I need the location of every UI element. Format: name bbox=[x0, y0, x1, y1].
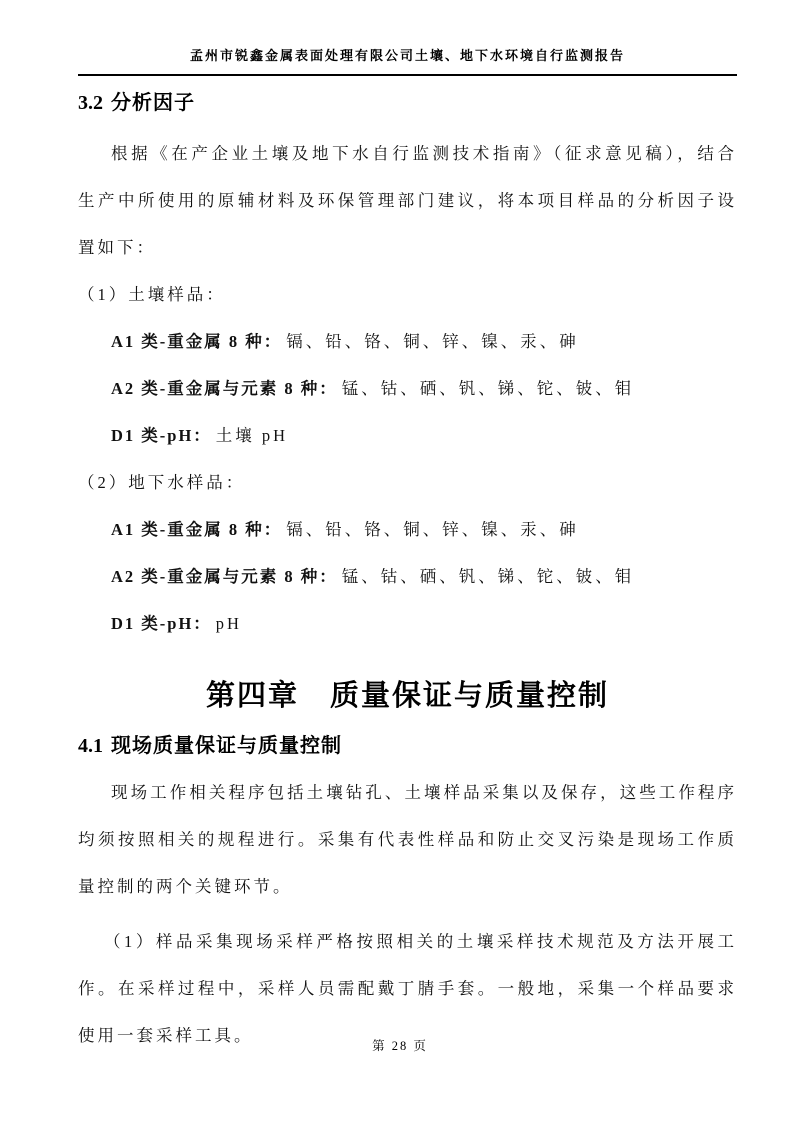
groundwater-item-a1-value: 镉、铅、铬、铜、锌、镍、汞、砷 bbox=[286, 520, 579, 539]
soil-sample-group-label: （1）土壤样品： bbox=[78, 271, 737, 318]
section-4-1-number: 4.1 bbox=[78, 735, 103, 757]
soil-item-d1-value: 土壤 pH bbox=[216, 426, 288, 445]
groundwater-sample-group-label: （2）地下水样品： bbox=[78, 459, 737, 506]
header-title: 孟州市锐鑫金属表面处理有限公司土壤、地下水环境自行监测报告 bbox=[78, 46, 737, 66]
soil-item-a1: A1 类-重金属 8 种：镉、铅、铬、铜、锌、镍、汞、砷 bbox=[111, 318, 737, 365]
groundwater-item-a2-value: 锰、钴、硒、钒、锑、铊、铍、钼 bbox=[342, 567, 635, 586]
document-page: 孟州市锐鑫金属表面处理有限公司土壤、地下水环境自行监测报告 3.2分析因子 根据… bbox=[0, 0, 800, 1133]
page-number: 第 28 页 bbox=[0, 1036, 800, 1056]
section-4-1-title: 现场质量保证与质量控制 bbox=[111, 735, 342, 757]
soil-item-a2: A2 类-重金属与元素 8 种：锰、钴、硒、钒、锑、铊、铍、钼 bbox=[111, 365, 737, 412]
groundwater-item-d1-value: pH bbox=[216, 614, 242, 633]
section-3-2-number: 3.2 bbox=[78, 92, 103, 114]
groundwater-item-a1: A1 类-重金属 8 种：镉、铅、铬、铜、锌、镍、汞、砷 bbox=[111, 506, 737, 553]
soil-item-a2-label: A2 类-重金属与元素 8 种： bbox=[111, 379, 338, 398]
soil-item-d1-label: D1 类-pH： bbox=[111, 426, 212, 445]
soil-item-d1: D1 类-pH：土壤 pH bbox=[111, 412, 737, 459]
section-3-2-intro-paragraph: 根据《在产企业土壤及地下水自行监测技术指南》（征求意见稿），结合生产中所使用的原… bbox=[78, 130, 737, 271]
groundwater-item-a2-label: A2 类-重金属与元素 8 种： bbox=[111, 567, 338, 586]
soil-item-a1-value: 镉、铅、铬、铜、锌、镍、汞、砷 bbox=[286, 332, 579, 351]
chapter-4-title: 第四章 质量保证与质量控制 bbox=[78, 675, 737, 717]
section-4-1-heading: 4.1现场质量保证与质量控制 bbox=[78, 731, 737, 761]
section-4-1-paragraph-1: 现场工作相关程序包括土壤钻孔、土壤样品采集以及保存，这些工作程序均须按照相关的规… bbox=[78, 769, 737, 910]
groundwater-item-d1-label: D1 类-pH： bbox=[111, 614, 212, 633]
groundwater-item-a2: A2 类-重金属与元素 8 种：锰、钴、硒、钒、锑、铊、铍、钼 bbox=[111, 553, 737, 600]
section-3-2-title: 分析因子 bbox=[111, 92, 195, 114]
soil-item-a2-value: 锰、钴、硒、钒、锑、铊、铍、钼 bbox=[342, 379, 635, 398]
groundwater-item-d1: D1 类-pH：pH bbox=[111, 600, 737, 647]
section-3-2-heading: 3.2分析因子 bbox=[78, 89, 737, 117]
groundwater-item-a1-label: A1 类-重金属 8 种： bbox=[111, 520, 282, 539]
soil-item-a1-label: A1 类-重金属 8 种： bbox=[111, 332, 282, 351]
page-header: 孟州市锐鑫金属表面处理有限公司土壤、地下水环境自行监测报告 bbox=[78, 46, 737, 76]
